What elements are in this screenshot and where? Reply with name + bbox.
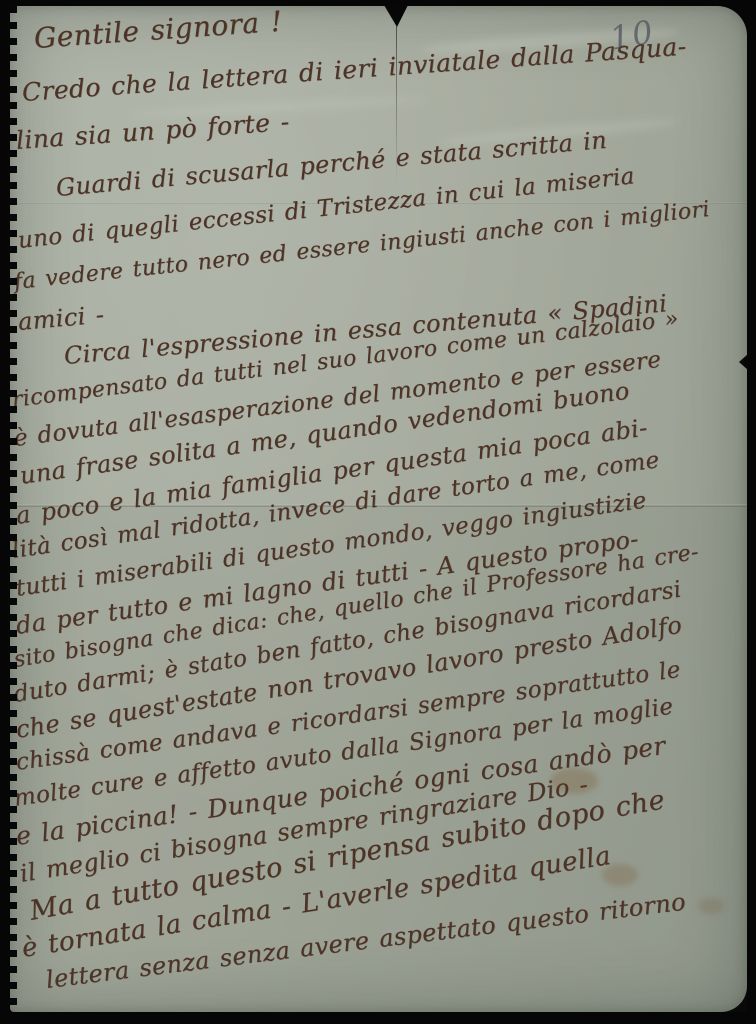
handwritten-line: Gentile signora ! bbox=[33, 5, 283, 55]
handwritten-line: lina sia un pò forte - bbox=[15, 107, 290, 155]
letter-body: Gentile signora !Credo che la lettera di… bbox=[10, 6, 747, 1012]
handwritten-line: amici - bbox=[17, 301, 106, 336]
photo-background: 10 Gentile signora !Credo che la lettera… bbox=[0, 0, 756, 1024]
edge-nick bbox=[739, 354, 748, 370]
letter-page: 10 Gentile signora !Credo che la lettera… bbox=[10, 6, 747, 1012]
tear-line bbox=[396, 26, 397, 186]
perforated-edge bbox=[8, 6, 17, 1012]
tear-notch-icon bbox=[384, 5, 408, 27]
